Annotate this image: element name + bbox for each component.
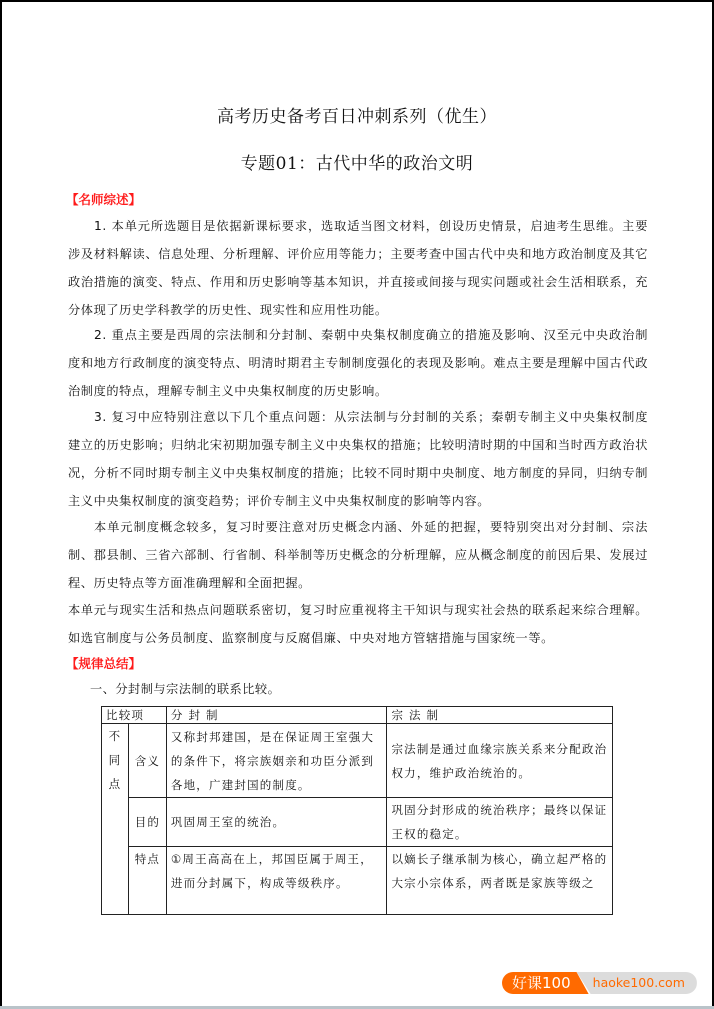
paragraph-5: 本单元与现实生活和热点问题联系密切，复习时应重视将主干知识与现实社会热的联系起来… xyxy=(68,596,648,652)
brand-name: 好课100 xyxy=(502,972,589,994)
table-row: 不 同 点 含义 又称封邦建国，是在保证周王室强大的条件下，将宗族姻亲和功臣分派… xyxy=(102,724,613,798)
row-label-meaning: 含义 xyxy=(128,724,166,798)
cell-zongfa-purpose: 巩固分封形成的统治秩序；最终以保证王权的稳定。 xyxy=(387,798,613,847)
comparison-table: 比较项 分 封 制 宗 法 制 不 同 点 含义 又称封邦建国，是在保证周王室强… xyxy=(101,706,613,915)
row-label-purpose: 目的 xyxy=(128,798,166,847)
cell-fengjian-meaning: 又称封邦建国，是在保证周王室强大的条件下，将宗族姻亲和功臣分派到各地，广建封国的… xyxy=(166,724,387,798)
group-label-char: 点 xyxy=(102,772,128,796)
header-cell-fengjian: 分 封 制 xyxy=(166,707,387,724)
section-heading-rule-summary: 【规律总结】 xyxy=(66,654,141,672)
table-row: 目的 巩固周王室的统治。 巩固分封形成的统治秩序；最终以保证王权的稳定。 xyxy=(102,798,613,847)
table-row: 特点 ①周王高高在上，邦国臣属于周王，进而分封属下，构成等级秩序。 以嫡长子继承… xyxy=(102,847,613,915)
table-header-row: 比较项 分 封 制 宗 法 制 xyxy=(102,707,613,724)
header-cell-item: 比较项 xyxy=(102,707,167,724)
watermark-logo: 好课100 haoke100.com xyxy=(502,972,697,994)
paragraph-4: 本单元制度概念较多，复习时要注意对历史概念内涵、外延的把握，要特别突出对分封制、… xyxy=(68,513,648,597)
paragraph-1: 1. 本单元所选题目是依据新课标要求，选取适当图文材料，创设历史情景，启迪考生思… xyxy=(68,212,648,324)
document-title: 高考历史备考百日冲刺系列（优生） xyxy=(0,102,714,127)
header-cell-zongfa: 宗 法 制 xyxy=(387,707,613,724)
document-subtitle: 专题01：古代中华的政治文明 xyxy=(0,149,714,174)
subsection-heading: 一、分封制与宗法制的联系比较。 xyxy=(90,680,280,697)
cell-fengjian-features: ①周王高高在上，邦国臣属于周王，进而分封属下，构成等级秩序。 xyxy=(166,847,387,915)
paragraph-2: 2. 重点主要是西周的宗法制和分封制、秦朝中央集权制度确立的措施及影响、汉至元中… xyxy=(68,321,648,405)
cell-zongfa-features: 以嫡长子继承制为核心，确立起严格的大宗小宗体系，两者既是家族等级之 xyxy=(387,847,613,915)
group-label-char: 不 xyxy=(102,724,128,748)
cell-zongfa-meaning: 宗法制是通过血缘宗族关系来分配政治权力，维护政治统治的。 xyxy=(387,724,613,798)
brand-url: haoke100.com xyxy=(577,972,697,994)
row-label-features: 特点 xyxy=(128,847,166,915)
group-label-cell: 不 同 点 xyxy=(102,724,129,915)
group-label-char: 同 xyxy=(102,748,128,772)
paragraph-3: 3. 复习中应特别注意以下几个重点问题：从宗法制与分封制的关系；秦朝专制主义中央… xyxy=(68,403,648,515)
section-heading-teacher-summary: 【名师综述】 xyxy=(66,190,141,208)
cell-fengjian-purpose: 巩固周王室的统治。 xyxy=(166,798,387,847)
